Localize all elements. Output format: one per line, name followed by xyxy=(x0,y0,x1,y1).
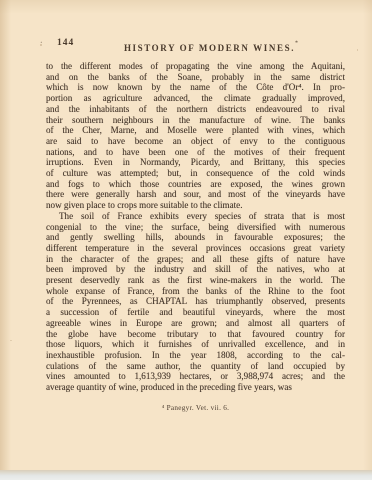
text-line: been improved by the industry and skill … xyxy=(46,264,345,275)
text-line: and gently swelling hills, abounds in fa… xyxy=(46,232,345,243)
text-line: those liquors, which it furnishes of unr… xyxy=(46,339,345,350)
text-line: are said to have become an object of env… xyxy=(46,136,345,147)
text-line: and on the banks of the Soane, probably … xyxy=(46,72,345,83)
text-line: irruptions. Even in Normandy, Picardy, a… xyxy=(46,157,345,168)
text-line: to the different modes of propagating th… xyxy=(46,61,345,72)
text-line: a succession of fertile and beautiful vi… xyxy=(46,307,345,318)
text-line: whole expanse of France, from the banks … xyxy=(46,286,345,297)
paragraph-soil-of-france: The soil of France exhibits every specie… xyxy=(46,211,345,393)
text-line: vines amounted to 1,613,939 hectares, or… xyxy=(46,371,345,382)
paper-speck xyxy=(357,49,358,51)
text-line: congenial to the vine; the surface, bein… xyxy=(46,222,345,233)
running-head-footnote-mark: * xyxy=(295,41,298,47)
paper-speck xyxy=(40,44,42,46)
running-head-wrap: HISTORY OF MODERN WINES.* xyxy=(60,38,362,56)
text-line: and the inhabitants of the northern dist… xyxy=(46,104,345,115)
text-line: The soil of France exhibits every specie… xyxy=(46,211,345,222)
text-line: agreeable wines in Europe are grown; and… xyxy=(46,318,345,329)
text-line: of culture was attempted; but, in conseq… xyxy=(46,168,345,179)
text-line: in the character of the grapes; and all … xyxy=(46,254,345,265)
running-head-title: HISTORY OF MODERN WINES. xyxy=(124,43,295,53)
text-line: nations, and to have been one of the mot… xyxy=(46,147,345,158)
text-line: portion as agriculture advanced, the cli… xyxy=(46,93,345,104)
footnote: ⁴ Panegyr. Vet. vii. 6. xyxy=(46,404,345,412)
running-header: 144 HISTORY OF MODERN WINES.* xyxy=(0,38,372,52)
text-line: now given place to crops more suitable t… xyxy=(46,200,345,211)
text-line: culations of the same author, the quanti… xyxy=(46,361,345,372)
text-line: present deservedly rank as the first win… xyxy=(46,275,345,286)
text-line: there were generally harsh and sour, and… xyxy=(46,189,345,200)
paper-speck xyxy=(10,340,12,341)
text-line: which is now known by the name of the Cô… xyxy=(46,82,345,93)
text-line: different temperature in the several pro… xyxy=(46,243,345,254)
book-page-scan: 144 HISTORY OF MODERN WINES.* to the dif… xyxy=(0,0,372,480)
paragraph-continuation: to the different modes of propagating th… xyxy=(46,61,345,211)
text-line: inexhaustible profusion. In the year 180… xyxy=(46,350,345,361)
text-line: the globe have become tributary to that … xyxy=(46,329,345,340)
text-line: and fogs to which those countries are ex… xyxy=(46,179,345,190)
scan-edge-strip xyxy=(0,470,372,480)
text-line: their southern neighbours in the manufac… xyxy=(46,115,345,126)
body-text-block: to the different modes of propagating th… xyxy=(46,61,345,393)
text-line: average quantity of wine, produced in th… xyxy=(46,382,345,393)
text-line: of the Cher, Marne, and Moselle were pla… xyxy=(46,125,345,136)
text-line: of the Pyrennees, as CHAPTAL has triumph… xyxy=(46,296,345,307)
